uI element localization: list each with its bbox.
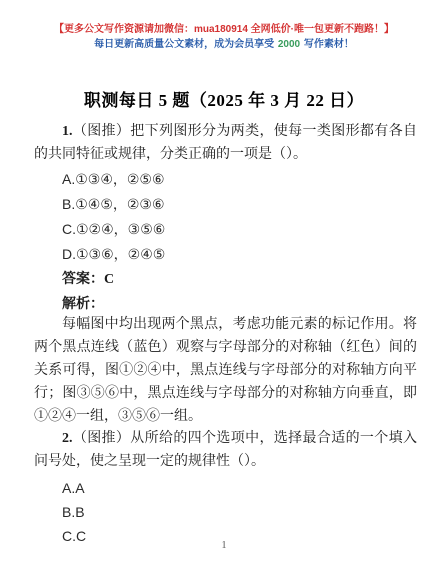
question-1-option-b: B.①④⑤，②③⑥ bbox=[62, 192, 448, 217]
document-page: 【更多公文写作资源请加微信：mua180914 全网低价·唯一包更新不跑路！】 … bbox=[0, 0, 448, 580]
promo-line2-prefix: 每日更新高质量公文素材，成为会员享受 bbox=[94, 39, 274, 50]
question-1-options: A.①③④，②⑤⑥ B.①④⑤，②③⑥ C.①②④，③⑤⑥ D.①③⑥，②④⑤ bbox=[0, 167, 448, 267]
question-1-number: 1. bbox=[62, 124, 73, 139]
promo-line2-suffix: 写作素材！ bbox=[304, 39, 354, 50]
question-2-stem: 2.（图推）从所给的四个选项中，选择最合适的一个填入问号处，使之呈现一定的规律性… bbox=[34, 427, 417, 473]
promo-notice-line-2: 每日更新高质量公文素材，成为会员享受 2000 写作素材！ bbox=[0, 38, 448, 51]
question-1-answer: 答案：C bbox=[62, 267, 448, 292]
question-1-option-d: D.①③⑥，②④⑤ bbox=[62, 242, 448, 267]
page-title: 职测每日 5 题（2025 年 3 月 22 日） bbox=[0, 86, 448, 111]
member-material-count: 2000 bbox=[277, 39, 301, 50]
question-2-text: （图推）从所给的四个选项中，选择最合适的一个填入问号处，使之呈现一定的规律性（）… bbox=[34, 431, 417, 469]
question-2-options: A.A B.B C.C bbox=[0, 476, 448, 548]
question-1-option-a: A.①③④，②⑤⑥ bbox=[62, 167, 448, 192]
question-1-analysis-text: 每幅图中均出现两个黑点，考虑功能元素的标记作用。将两个黑点连线（蓝色）观察与字母… bbox=[34, 313, 417, 428]
question-1-stem: 1.（图推）把下列图形分为两类，使每一类图形都有各自的共同特征或规律，分类正确的… bbox=[34, 120, 417, 166]
promo-notice-line-1: 【更多公文写作资源请加微信：mua180914 全网低价·唯一包更新不跑路！】 bbox=[0, 23, 448, 36]
question-2-option-b: B.B bbox=[62, 500, 448, 524]
question-1-option-c: C.①②④，③⑤⑥ bbox=[62, 217, 448, 242]
question-2-option-a: A.A bbox=[62, 476, 448, 500]
question-2-number: 2. bbox=[62, 431, 73, 446]
question-1-text: （图推）把下列图形分为两类，使每一类图形都有各自的共同特征或规律，分类正确的一项… bbox=[34, 124, 417, 162]
page-number: 1 bbox=[0, 540, 448, 551]
